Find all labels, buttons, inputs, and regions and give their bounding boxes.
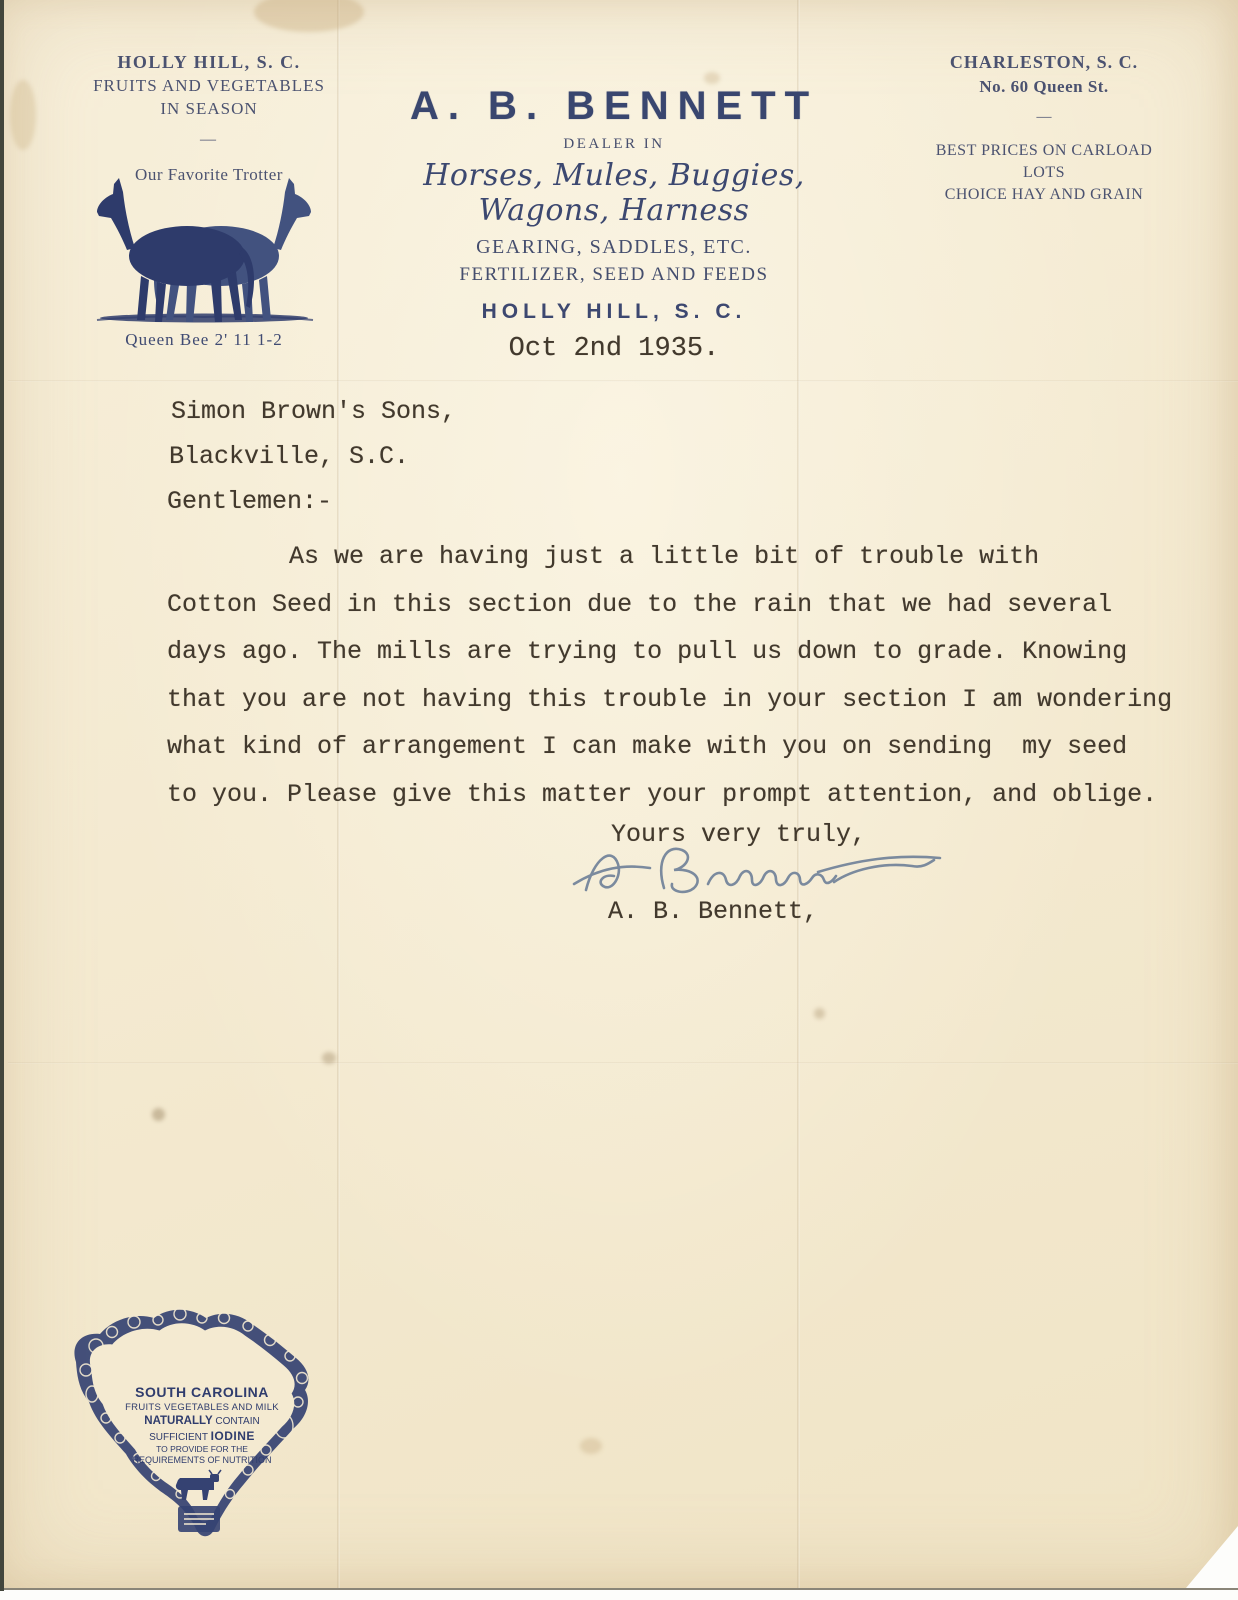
salutation: Gentlemen:- bbox=[167, 487, 332, 516]
seal-naturally: NATURALLY bbox=[144, 1415, 212, 1427]
left-season-line: IN SEASON bbox=[59, 99, 359, 119]
right-address-line: No. 60 Queen St. bbox=[879, 77, 1209, 97]
letterhead-left-block: HOLLY HILL, S. C. FRUITS AND VEGETABLES … bbox=[59, 52, 359, 185]
right-city-line: CHARLESTON, S. C. bbox=[879, 52, 1209, 73]
right-offer-block: BEST PRICES ON CARLOAD LOTS CHOICE HAY A… bbox=[879, 140, 1209, 206]
paper-stain bbox=[704, 72, 720, 84]
body-line: to you. Please give this matter your pro… bbox=[167, 780, 1187, 809]
products-script-line: Horses, Mules, Buggies, Wagons, Harness bbox=[354, 158, 874, 228]
paper-stain bbox=[152, 1108, 165, 1121]
two-horses-illustration bbox=[89, 172, 319, 324]
seal-line3: NATURALLY CONTAIN bbox=[87, 1415, 317, 1427]
letter-date: Oct 2nd 1935. bbox=[354, 334, 874, 364]
seal-line5: TO PROVIDE FOR THE bbox=[87, 1444, 317, 1454]
right-offer-line3: CHOICE HAY AND GRAIN bbox=[879, 184, 1209, 206]
horse-caption: Queen Bee 2' 11 1-2 bbox=[74, 330, 334, 350]
letter-paper: HOLLY HILL, S. C. FRUITS AND VEGETABLES … bbox=[4, 0, 1238, 1588]
left-divider: — bbox=[59, 131, 359, 149]
seal-contain: CONTAIN bbox=[213, 1416, 260, 1427]
seal-line6: REQUIREMENTS OF NUTRITION bbox=[87, 1455, 317, 1465]
body-line: what kind of arrangement I can make with… bbox=[167, 732, 1187, 761]
left-products-line: FRUITS AND VEGETABLES bbox=[59, 76, 359, 96]
seal-sufficient: SUFFICIENT bbox=[149, 1432, 210, 1443]
recipient-name: Simon Brown's Sons, bbox=[171, 397, 456, 426]
seal-iodine: IODINE bbox=[211, 1429, 255, 1443]
paper-stain bbox=[580, 1438, 602, 1454]
horizontal-fold-crease bbox=[8, 1062, 1238, 1064]
company-name: A. B. BENNETT bbox=[354, 84, 874, 129]
right-divider: — bbox=[879, 109, 1209, 126]
south-carolina-map-seal: SOUTH CAROLINA FRUITS VEGETABLES AND MIL… bbox=[62, 1298, 347, 1553]
milk-stamp-icon bbox=[178, 1506, 220, 1532]
dealer-in-label: DEALER IN bbox=[354, 136, 874, 153]
left-city-line: HOLLY HILL, S. C. bbox=[59, 52, 359, 73]
typed-signature-name: A. B. Bennett, bbox=[608, 897, 818, 926]
body-line: As we are having just a little bit of tr… bbox=[167, 542, 1238, 571]
recipient-city: Blackville, S.C. bbox=[169, 442, 409, 471]
seal-line4: SUFFICIENT IODINE bbox=[87, 1429, 317, 1443]
company-city: HOLLY HILL, S. C. bbox=[354, 300, 874, 324]
paper-stain bbox=[814, 1008, 825, 1019]
gearing-line: GEARING, SADDLES, ETC. bbox=[354, 236, 874, 259]
paper-stain bbox=[10, 80, 36, 150]
horizontal-fold-crease bbox=[8, 380, 1238, 382]
right-offer-line1: BEST PRICES ON CARLOAD bbox=[879, 140, 1209, 162]
paper-stain bbox=[254, 0, 364, 32]
body-line: that you are not having this trouble in … bbox=[167, 685, 1187, 714]
fertilizer-line: FERTILIZER, SEED AND FEEDS bbox=[354, 264, 874, 286]
paper-stain bbox=[322, 1052, 336, 1064]
seal-title: SOUTH CAROLINA bbox=[87, 1384, 317, 1400]
body-line: Cotton Seed in this section due to the r… bbox=[167, 590, 1187, 619]
right-offer-line2: LOTS bbox=[879, 162, 1209, 184]
letterhead-right-block: CHARLESTON, S. C. No. 60 Queen St. — BES… bbox=[879, 52, 1209, 206]
seal-line2: FRUITS VEGETABLES AND MILK bbox=[87, 1402, 317, 1413]
folded-corner bbox=[1186, 1526, 1238, 1588]
letterhead-center-block: A. B. BENNETT DEALER IN Horses, Mules, B… bbox=[354, 84, 874, 364]
body-line: days ago. The mills are trying to pull u… bbox=[167, 637, 1187, 666]
